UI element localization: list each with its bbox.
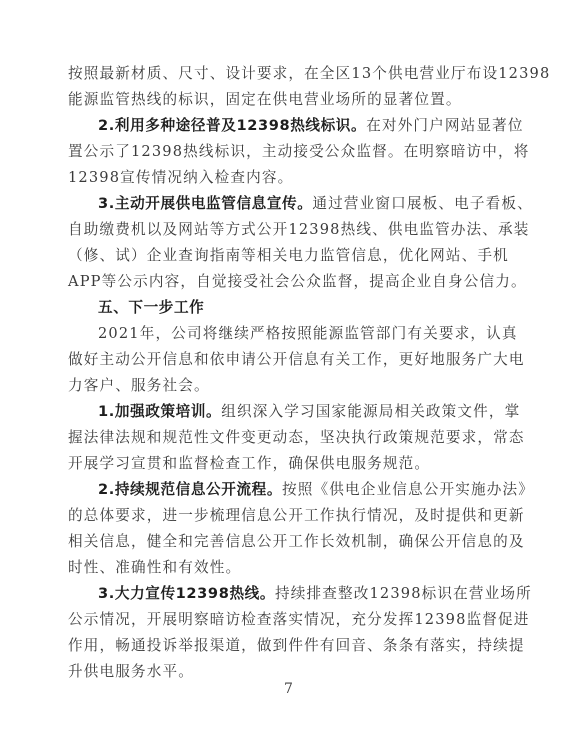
text-line: 作用，畅通投诉举报渠道，做到件件有回音、条条有落实，持续提 [68,636,525,656]
text-line: 力客户、服务社会。 [68,376,210,396]
text-line: 12398宣传情况纳入检查内容。 [68,168,293,188]
text-line: 握法律法规和规范性文件变更动态，坚决执行政策规范要求，常态 [68,428,525,448]
text-line: 2021年，公司将继续严格按照能源监管部门有关要求，认真 [98,324,518,344]
text-line: （修、试）企业查询指南等相关电力监管信息，优化网站、手机 [68,246,509,266]
section-heading-line: 五、下一步工作 [98,298,204,318]
paragraph-heading-line: 1.加强政策培训。组织深入学习国家能源局相关政策文件，掌 [98,402,520,422]
paragraph-heading-line: 3.主动开展供电监管信息宣传。通过营业窗口展板、电子看板、 [98,194,533,214]
text-line: 能源监管热线的标识，固定在供电营业场所的显著位置。 [68,90,462,110]
paragraph-heading-line: 3.大力宣传12398热线。持续排查整改12398标识在营业场所 [98,584,532,604]
text-line: 开展学习宣贯和监督检查工作，确保供电服务规范。 [68,454,430,474]
text-line: 做好主动公开信息和依申请公开信息有关工作，更好地服务广大电 [68,350,525,370]
paragraph-heading: 3.大力宣传12398热线。 [98,585,275,602]
paragraph-heading-line: 2.利用多种途径普及12398热线标识。在对外门户网站显著位 [98,116,524,136]
page-number: 7 [284,681,293,697]
text-line: 的总体要求，进一步梳理信息公开工作执行情况，及时提供和更新 [68,506,525,526]
text-line: APP等公示内容，自觉接受社会公众监督，提高企业自身公信力。 [68,272,527,292]
text-line: 公示情况，开展明察暗访检查落实情况，充分发挥12398监督促进 [68,610,530,630]
text-line: 自助缴费机以及网站等方式公开12398热线、供电监管办法、承装 [68,220,530,240]
paragraph-heading: 2.利用多种途径普及12398热线标识。 [98,117,366,134]
paragraph-heading: 3.主动开展供电监管信息宣传。 [98,195,312,212]
paragraph-heading-line: 2.持续规范信息公开流程。按照《供电企业信息公开实施办法》 [98,480,534,500]
section-heading: 五、下一步工作 [98,299,204,316]
text-line: 置公示了12398热线标识，主动接受公众监督。在明察暗访中，将 [68,142,530,162]
text-line: 升供电服务水平。 [68,662,194,682]
text-line: 按照最新材质、尺寸、设计要求，在全区13个供电营业厅布设12398 [68,64,550,84]
paragraph-heading: 2.持续规范信息公开流程。 [98,481,282,498]
text-line: 相关信息，健全和完善信息公开工作长效机制，确保公开信息的及 [68,532,525,552]
paragraph-heading: 1.加强政策培训。 [98,403,221,420]
text-line: 时性、准确性和有效性。 [68,558,241,578]
